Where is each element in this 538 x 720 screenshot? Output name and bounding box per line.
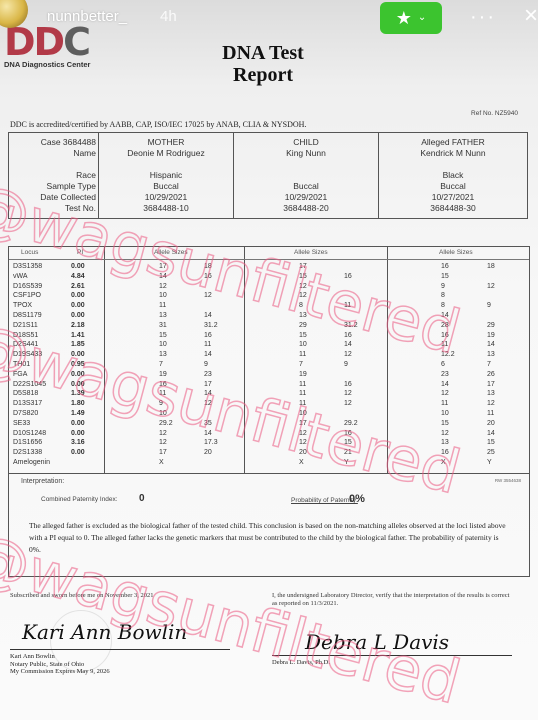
locus-name: TPOX [13,302,32,309]
father-allele: 23 [441,371,449,378]
mother-allele: 14 [204,351,212,358]
mother-allele: 23 [204,371,212,378]
close-friends-button[interactable]: ★ ⌄ [380,2,442,34]
father-allele: 19 [487,332,495,339]
locus-row: D7S8201.4910101011 [9,410,529,420]
locus-name: D16S539 [13,283,42,290]
locus-row: AmelogeninXXYXY [9,459,529,469]
father-allele: 10 [441,410,449,417]
accreditation-text: DDC is accredited/certified by AABB, CAP… [10,120,306,129]
locus-pi: 0.00 [71,302,85,309]
director-statement: I, the undersigned Laboratory Director, … [272,592,512,608]
father-allele: 14 [441,381,449,388]
ref-number: Ref No. NZ5940 [471,110,518,117]
locus-row: D8S11790.0013141314 [9,312,529,322]
child-allele: 20 [299,449,307,456]
locus-name: D10S1248 [13,430,46,437]
child-allele: 17 [299,420,307,427]
locus-row: vWA4.841416151615 [9,273,529,283]
party-test-no: 3684488-10 [101,203,231,214]
child-allele: 17 [299,263,307,270]
child-allele: X [299,459,304,466]
interpretation-title: Interpretation: [21,478,64,485]
title-line-2: Report [208,64,318,86]
loci-table: Locus PI Allele Sizes Allele Sizes Allel… [8,246,530,474]
cpi-value: 0 [139,493,145,504]
child-allele: 12 [299,283,307,290]
notary-sworn-text: Subscribed and sworn before me on Novemb… [10,592,154,599]
father-allele: 14 [487,430,495,437]
close-icon[interactable]: × [524,2,538,30]
father-allele-header: Allele Sizes [439,249,473,256]
party-test-no: 3684488-30 [381,203,525,214]
party-info-table: Case 3684488 Name Race Sample Type Date … [8,132,528,219]
locus-pi: 1.85 [71,341,85,348]
locus-name: D2S1338 [13,449,42,456]
child-allele: 19 [299,371,307,378]
mother-allele: 13 [159,351,167,358]
child-allele: 14 [344,341,352,348]
mother-allele: 12 [159,439,167,446]
father-allele: 18 [487,263,495,270]
party-role: MOTHER [101,137,231,148]
father-allele: 25 [487,449,495,456]
mother-allele: 17 [159,449,167,456]
locus-pi: 0.00 [71,292,85,299]
locus-name: CSF1PO [13,292,41,299]
mother-allele: 9 [159,400,163,407]
father-allele: 14 [487,341,495,348]
child-allele: 11 [299,390,306,397]
rw-code: RW 3554638 [495,478,521,483]
child-allele: 9 [344,361,348,368]
locus-name: D5S818 [13,390,38,397]
locus-name: SE33 [13,420,30,427]
mother-allele: 12 [159,430,167,437]
mother-allele: 35 [204,420,212,427]
child-allele: 21 [344,449,352,456]
child-allele: 16 [344,381,352,388]
mother-allele: 11 [159,390,166,397]
locus-pi: 2.61 [71,283,85,290]
locus-name: D1S1656 [13,439,42,446]
father-allele: 9 [487,302,491,309]
race-label: Race [11,170,96,181]
locus-name: FGA [13,371,27,378]
mother-column: MOTHER Deonie M Rodriguez Hispanic Bucca… [99,133,234,219]
avatar[interactable] [0,0,28,28]
child-allele: 29 [299,322,307,329]
father-allele: 16 [441,263,449,270]
locus-pi: 0.00 [71,312,85,319]
party-date-collected: 10/29/2021 [236,192,376,203]
mother-allele: 12 [204,292,212,299]
father-allele: 12 [487,400,495,407]
mother-allele: 17.3 [204,439,218,446]
party-sample-type: Buccal [101,181,231,192]
child-allele: 15 [299,273,307,280]
locus-pi: 1.49 [71,410,85,417]
locus-row: D2S4411.85101110141114 [9,341,529,351]
child-allele: 10 [299,410,307,417]
director-name: Debra L. Davis, Ph.D. [272,659,330,666]
locus-name: D21S11 [13,322,38,329]
child-allele: 10 [299,341,307,348]
child-allele: 12 [299,292,307,299]
notary-signature-line [10,649,230,650]
mother-allele: 31.2 [204,322,218,329]
father-allele: 6 [441,361,445,368]
party-race [236,170,376,181]
father-allele: 15 [441,420,449,427]
locus-pi: 1.80 [71,400,85,407]
locus-pi: 1.39 [71,390,85,397]
probability-value: 0% [349,493,365,505]
date-collected-label: Date Collected [11,192,96,203]
father-allele: 8 [441,302,445,309]
party-role: CHILD [236,137,376,148]
locus-row: D13S3171.8091211121112 [9,400,529,410]
party-name: King Nunn [236,148,376,159]
locus-name: D19S433 [13,351,42,358]
child-allele: 12 [299,439,307,446]
father-allele: 11 [441,341,448,348]
father-allele: 15 [487,439,495,446]
locus-pi: 0.00 [71,263,85,270]
party-sample-type: Buccal [381,181,525,192]
father-allele: 17 [487,381,495,388]
father-allele: 12 [441,390,449,397]
mother-allele: 14 [204,390,212,397]
mother-allele: X [159,459,164,466]
case-label: Case 3684488 [11,137,96,148]
child-allele: 31.2 [344,322,358,329]
mother-allele: 14 [204,312,212,319]
mother-allele: 12 [204,400,212,407]
locus-row: D10S12480.00121412161214 [9,430,529,440]
child-allele: 11 [299,381,306,388]
party-race: Black [381,170,525,181]
notary-expiration: My Commission Expires May 9, 2026 [10,668,110,676]
child-allele: 12 [299,430,307,437]
locus-name: TH01 [13,361,30,368]
locus-row: TPOX0.001181189 [9,302,529,312]
party-date-collected: 10/29/2021 [101,192,231,203]
locus-row: D5S8181.39111411121213 [9,390,529,400]
story-username[interactable]: nunnbetter_ [47,8,127,25]
locus-pi: 3.16 [71,439,85,446]
story-page: nunnbetter_ 4h ★ ⌄ ··· × DDC DNA Diagnos… [0,0,538,720]
locus-pi: 0.00 [71,420,85,427]
cpi-label: Combined Paternity Index: [41,496,118,503]
child-allele: 16 [344,273,352,280]
mother-allele: 10 [159,341,167,348]
child-allele-header: Allele Sizes [294,249,328,256]
report-title: DNA Test Report [208,42,318,86]
locus-name: D13S317 [13,400,42,407]
info-labels: Case 3684488 Name Race Sample Type Date … [9,133,99,219]
pi-header: PI [77,249,83,256]
child-allele: 16 [344,332,352,339]
mother-allele: 17 [204,381,212,388]
party-test-no: 3684488-20 [236,203,376,214]
locus-row: TH010.95797967 [9,361,529,371]
father-allele: 11 [487,410,494,417]
title-line-1: DNA Test [208,42,318,64]
locus-name: Amelogenin [13,459,50,466]
father-allele: 14 [441,312,449,319]
father-allele: 13 [487,390,495,397]
father-allele: 16 [441,332,449,339]
locus-name: D22S1045 [13,381,46,388]
mother-allele: 16 [204,273,212,280]
chevron-down-icon: ⌄ [418,13,426,23]
locus-row: D2S13380.00172020211625 [9,449,529,459]
child-column: CHILD King Nunn Buccal 10/29/2021 368448… [234,133,379,219]
probability-label: Probability of Paternity: [291,497,358,504]
locus-pi: 0.95 [71,361,85,368]
mother-allele: 14 [204,430,212,437]
locus-pi: 2.18 [71,322,85,329]
locus-pi: 0.00 [71,449,85,456]
father-allele: 15 [441,273,449,280]
story-timestamp: 4h [160,8,177,25]
interpretation-section: Interpretation: RW 3554638 Combined Pate… [8,472,530,577]
child-allele: 8 [299,302,303,309]
notary-name: Kari Ann Bowlin [10,653,110,661]
child-allele: 15 [299,332,307,339]
story-header: nunnbetter_ 4h ★ ⌄ ··· × [0,0,538,40]
father-allele: 8 [441,292,445,299]
locus-row: D18S511.41151615161619 [9,332,529,342]
father-allele: 7 [487,361,491,368]
more-dots-icon[interactable]: ··· [470,6,496,29]
father-allele: 9 [441,283,445,290]
child-allele: 11 [299,351,306,358]
locus-pi: 1.41 [71,332,85,339]
child-allele: 15 [344,439,352,446]
locus-row: CSF1PO0.001012128 [9,292,529,302]
locus-name: D8S1179 [13,312,42,319]
sample-type-label: Sample Type [11,181,96,192]
mother-allele: 11 [204,341,211,348]
father-allele: 13 [487,351,495,358]
father-allele: 12 [487,283,495,290]
mother-allele: 16 [204,332,212,339]
notary-info: Kari Ann Bowlin Notary Public, State of … [10,653,110,676]
child-allele: 7 [299,361,303,368]
mother-allele: 13 [159,312,167,319]
child-allele: 11 [299,400,306,407]
director-signature-line [272,655,512,656]
mother-allele: 10 [159,292,167,299]
director-signature: Debra L Davis [305,630,449,654]
mother-allele: 31 [159,322,167,329]
mother-allele-header: Allele Sizes [154,249,188,256]
logo-subtitle: DNA Diagnostics Center [4,60,90,69]
mother-allele: 7 [159,361,163,368]
locus-row: D22S10450.00161711161417 [9,381,529,391]
father-allele: 26 [487,371,495,378]
locus-row: D3S13580.001718171618 [9,263,529,273]
father-allele: 16 [441,449,449,456]
mother-allele: 19 [159,371,167,378]
party-name: Deonie M Rodriguez [101,148,231,159]
locus-pi: 0.00 [71,351,85,358]
party-sample-type: Buccal [236,181,376,192]
locus-name: D7S820 [13,410,38,417]
name-label: Name [11,148,96,159]
mother-allele: 9 [204,361,208,368]
locus-pi: 0.00 [71,430,85,437]
father-allele: Y [487,459,492,466]
father-allele: 20 [487,420,495,427]
locus-row: D19S4330.001314111212.213 [9,351,529,361]
father-allele: 11 [441,400,448,407]
child-allele: 12 [344,400,352,407]
locus-name: D3S1358 [13,263,42,270]
party-date-collected: 10/27/2021 [381,192,525,203]
locus-row: D1S16563.161217.312151315 [9,439,529,449]
mother-allele: 17 [159,263,167,270]
father-allele: 13 [441,439,449,446]
locus-pi: 0.00 [71,381,85,388]
child-allele: 12 [344,351,352,358]
locus-header: Locus [21,249,38,256]
mother-allele: 20 [204,449,212,456]
mother-allele: 16 [159,381,167,388]
father-allele: 12 [441,430,449,437]
mother-allele: 12 [159,283,167,290]
mother-allele: 11 [159,302,166,309]
party-name: Kendrick M Nunn [381,148,525,159]
mother-allele: 10 [159,410,167,417]
child-allele: 29.2 [344,420,358,427]
child-allele: 11 [344,302,351,309]
child-allele: Y [344,459,349,466]
test-no-label: Test No. [11,203,96,214]
locus-pi: 0.00 [71,371,85,378]
father-allele: 29 [487,322,495,329]
notary-title: Notary Public, State of Ohio [10,661,110,669]
locus-row: FGA0.001923192326 [9,371,529,381]
locus-row: SE330.0029.2351729.21520 [9,420,529,430]
father-allele: 12.2 [441,351,455,358]
locus-name: D2S441 [13,341,38,348]
mother-allele: 18 [204,263,212,270]
child-allele: 12 [344,390,352,397]
party-role: Alleged FATHER [381,137,525,148]
mother-allele: 15 [159,332,167,339]
locus-pi: 4.84 [71,273,85,280]
father-allele: X [441,459,446,466]
child-allele: 16 [344,430,352,437]
father-allele: 28 [441,322,449,329]
party-race: Hispanic [101,170,231,181]
child-allele: 13 [299,312,307,319]
locus-row: D16S5392.611212912 [9,283,529,293]
star-icon: ★ [396,9,412,27]
mother-allele: 29.2 [159,420,173,427]
mother-allele: 14 [159,273,167,280]
father-column: Alleged FATHER Kendrick M Nunn Black Buc… [379,133,528,219]
locus-name: D18S51 [13,332,38,339]
locus-name: vWA [13,273,28,280]
locus-row: D21S112.183131.22931.22829 [9,322,529,332]
notary-signature: Kari Ann Bowlin [22,620,187,644]
conclusion-text: The alleged father is excluded as the bi… [29,520,509,556]
